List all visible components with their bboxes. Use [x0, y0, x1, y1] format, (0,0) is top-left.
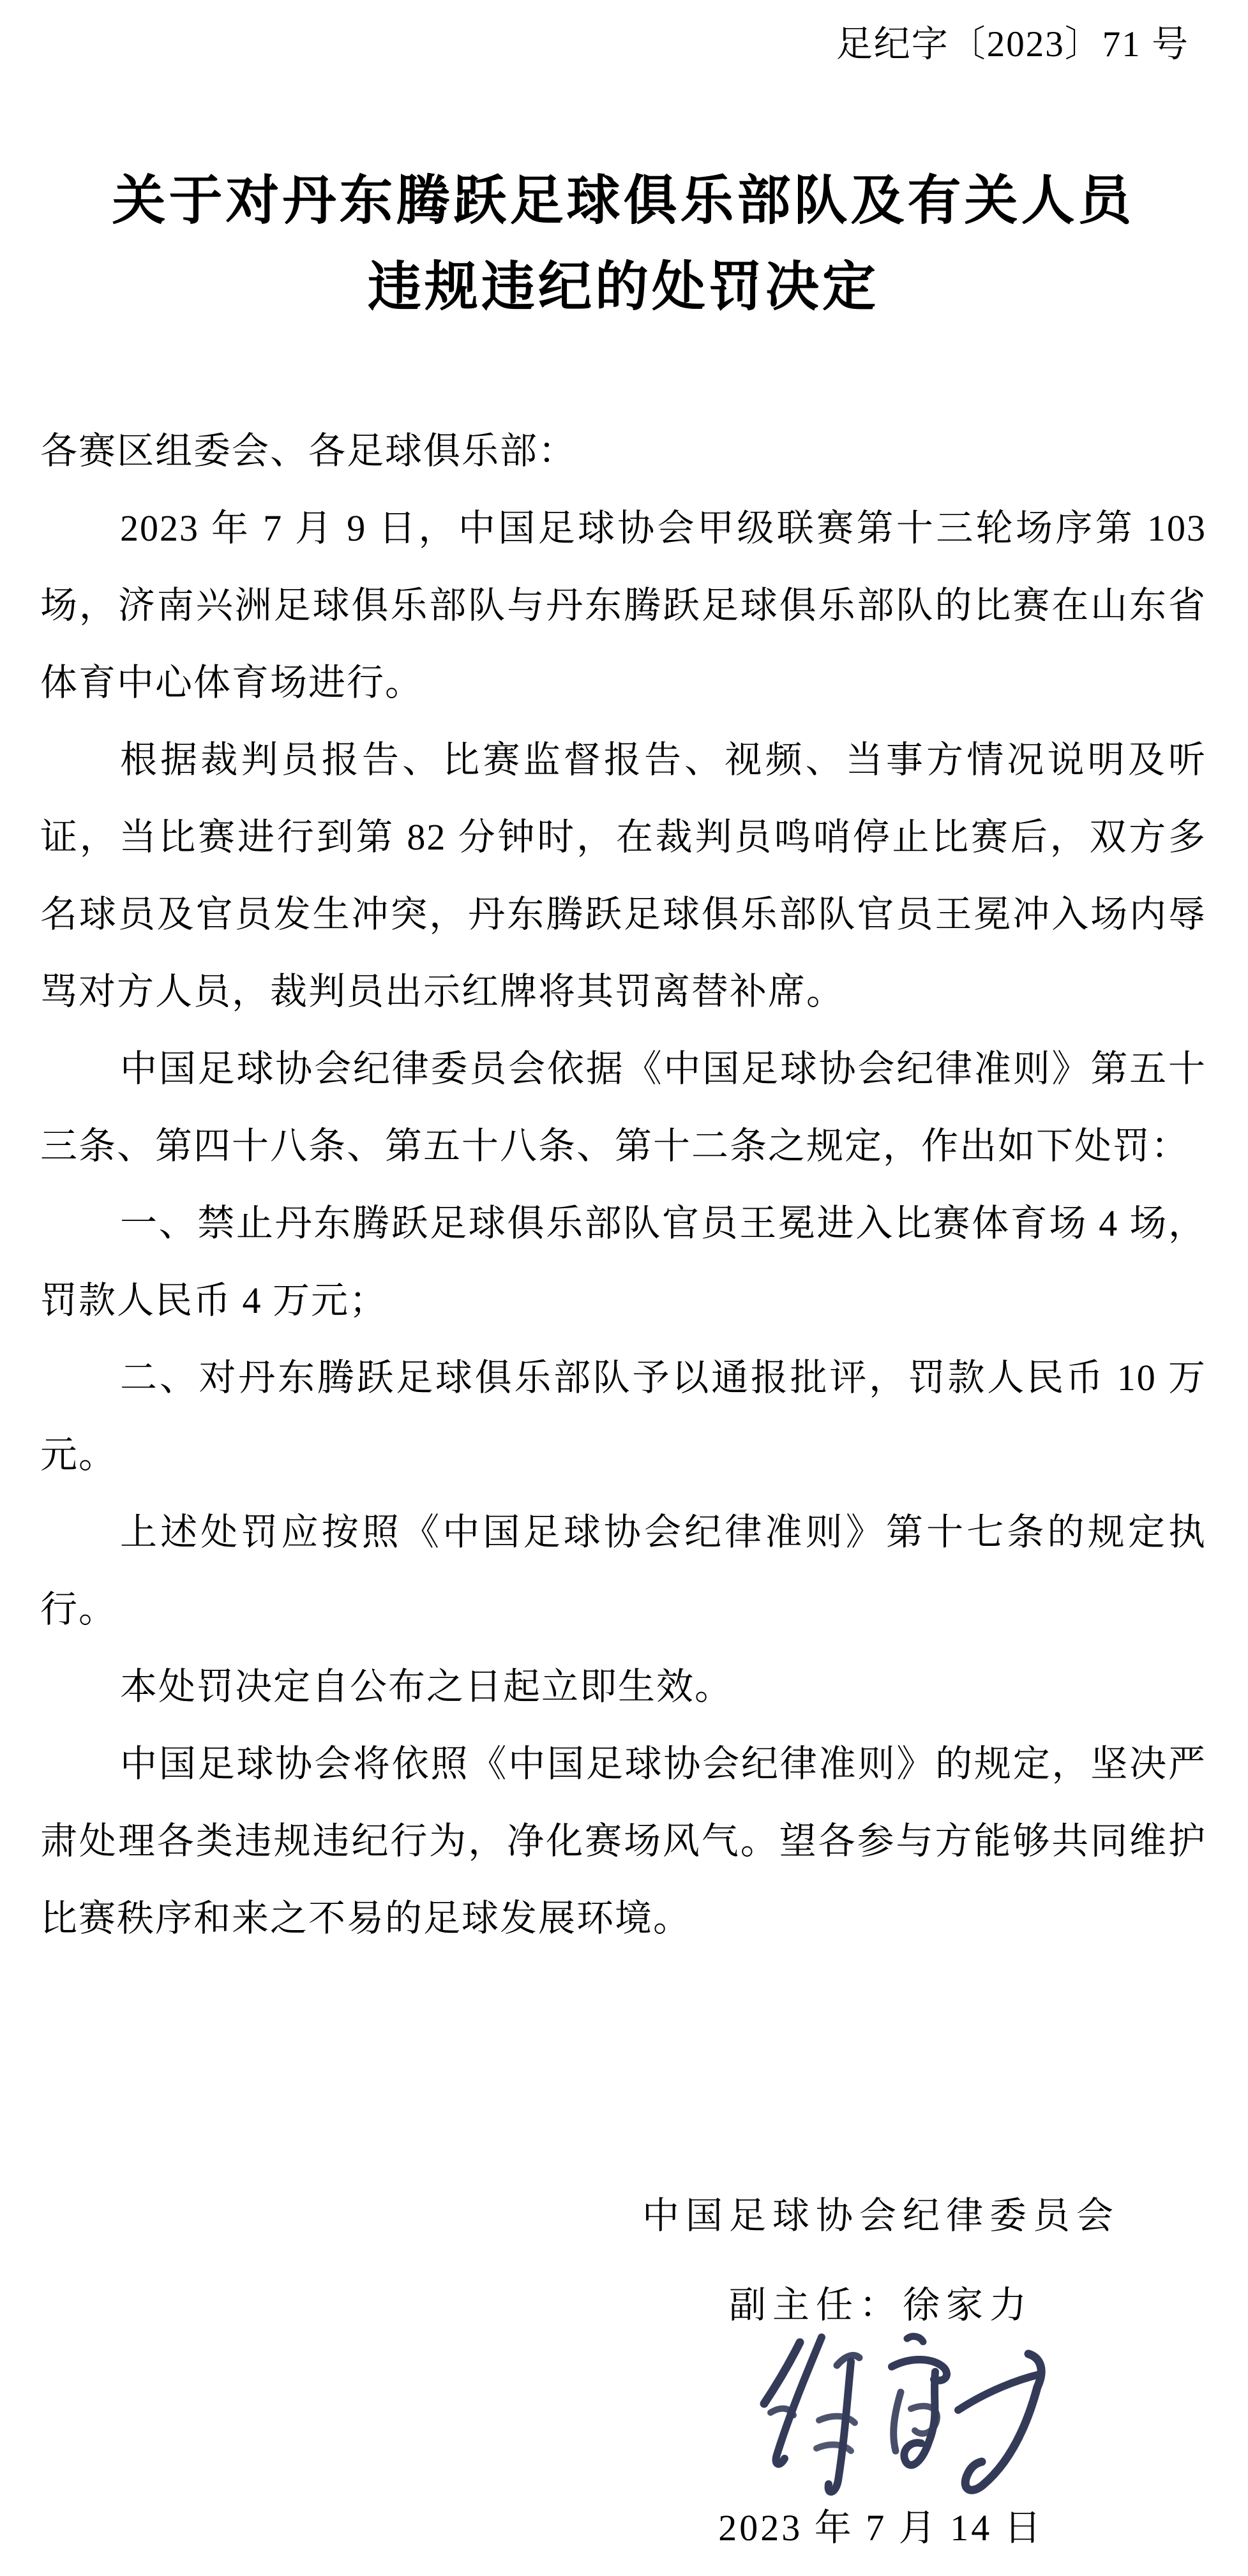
paragraph-incident-description: 根据裁判员报告、比赛监督报告、视频、当事方情况说明及听证，当比赛进行到第 82 …	[40, 721, 1207, 1030]
document-content: 足纪字〔2023〕71 号 关于对丹东腾跃足球俱乐部队及有关人员 违规违纪的处罚…	[40, 0, 1207, 1957]
signature-block: 中国足球协会纪律委员会 副主任：徐家力 2023 年 7 月 14 日	[610, 2189, 1152, 2555]
signer-title-and-name: 副主任：徐家力	[610, 2279, 1152, 2332]
paragraph-penalty-item-1: 一、禁止丹东腾跃足球俱乐部队官员王冕进入比赛体育场 4 场，罚款人民币 4 万元…	[40, 1185, 1207, 1339]
official-document-page: 足纪字〔2023〕71 号 关于对丹东腾跃足球俱乐部队及有关人员 违规违纪的处罚…	[0, 0, 1248, 2576]
salutation: 各赛区组委会、各足球俱乐部：	[40, 412, 1207, 490]
document-body: 各赛区组委会、各足球俱乐部： 2023 年 7 月 9 日，中国足球协会甲级联赛…	[40, 412, 1207, 1957]
handwritten-signature	[744, 2332, 1063, 2505]
document-title-line1: 关于对丹东腾跃足球俱乐部队及有关人员	[40, 158, 1207, 244]
document-number: 足纪字〔2023〕71 号	[40, 19, 1207, 70]
paragraph-match-info: 2023 年 7 月 9 日，中国足球协会甲级联赛第十三轮场序第 103 场，济…	[40, 490, 1207, 721]
paragraph-execution-clause: 上述处罚应按照《中国足球协会纪律准则》第十七条的规定执行。	[40, 1494, 1207, 1648]
paragraph-closing-statement: 中国足球协会将依照《中国足球协会纪律准则》的规定，坚决严肃处理各类违规违纪行为，…	[40, 1725, 1207, 1957]
paragraph-legal-basis: 中国足球协会纪律委员会依据《中国足球协会纪律准则》第五十三条、第四十八条、第五十…	[40, 1030, 1207, 1185]
document-title-line2: 违规违纪的处罚决定	[40, 244, 1207, 331]
signature-date: 2023 年 7 月 14 日	[610, 2501, 1152, 2555]
paragraph-effective-clause: 本处罚决定自公布之日起立即生效。	[40, 1648, 1207, 1725]
signing-organization: 中国足球协会纪律委员会	[610, 2189, 1152, 2243]
paragraph-penalty-item-2: 二、对丹东腾跃足球俱乐部队予以通报批评，罚款人民币 10 万元。	[40, 1339, 1207, 1494]
document-title: 关于对丹东腾跃足球俱乐部队及有关人员 违规违纪的处罚决定	[40, 158, 1207, 331]
